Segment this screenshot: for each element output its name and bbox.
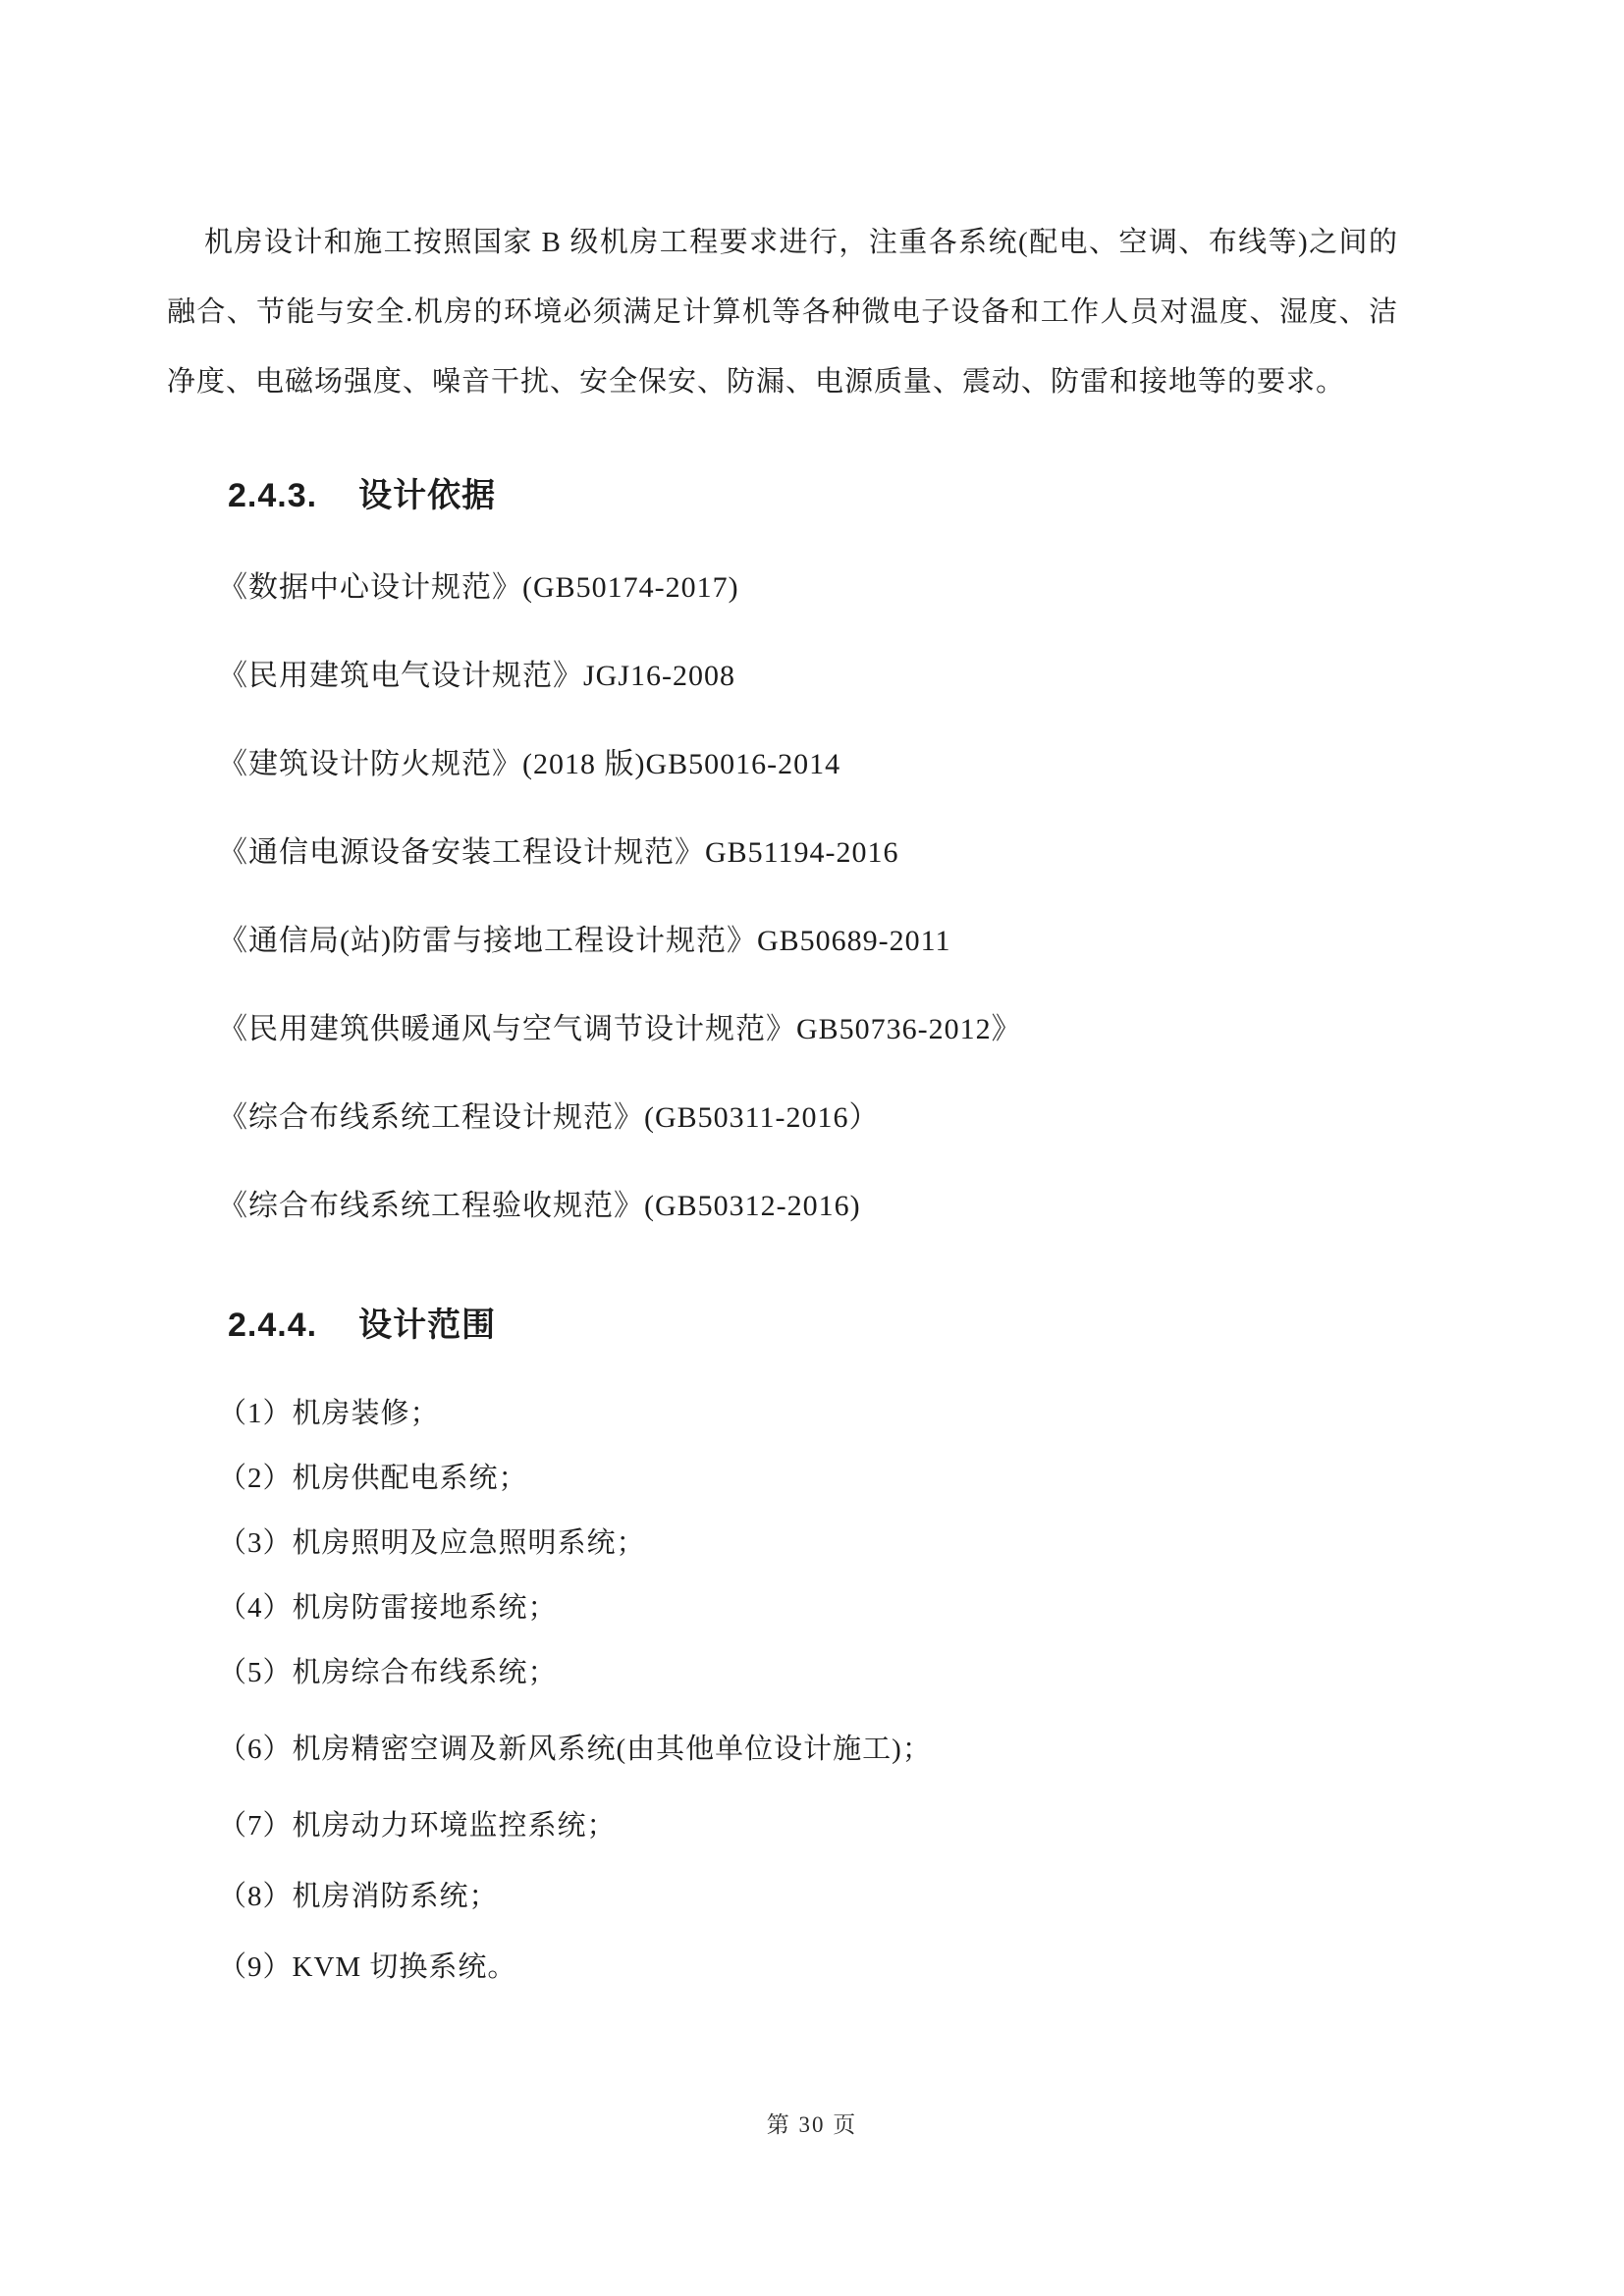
item-text: 机房防雷接地系统； [293, 1591, 558, 1625]
item-text: 机房装修； [293, 1397, 440, 1430]
reference-item: 《通信局(站)防雷与接地工程设计规范》GB50689-2011 [218, 925, 1398, 958]
item-number: （5） [218, 1656, 293, 1689]
item-number: （9） [218, 1950, 293, 1984]
item-number: （3） [218, 1526, 293, 1560]
scope-list: （1） 机房装修； （2） 机房供配电系统； （3） 机房照明及应急照明系统； … [167, 1397, 1398, 1984]
page-content: 机房设计和施工按照国家 B 级机房工程要求进行，注重各系统(配电、空调、布线等)… [167, 208, 1398, 2015]
item-number: （4） [218, 1591, 293, 1625]
list-item: （5） 机房综合布线系统； [218, 1656, 1398, 1689]
list-item: （2） 机房供配电系统； [218, 1462, 1398, 1495]
item-text: 机房精密空调及新风系统(由其他单位设计施工)； [293, 1733, 932, 1766]
document-page: 机房设计和施工按照国家 B 级机房工程要求进行，注重各系统(配电、空调、布线等)… [0, 0, 1624, 2296]
section-heading-design-scope: 2.4.4. 设计范围 [228, 1298, 1398, 1346]
item-text: 机房照明及应急照明系统； [293, 1526, 646, 1560]
reference-item: 《建筑设计防火规范》(2018 版)GB50016-2014 [218, 748, 1398, 781]
item-text: 机房动力环境监控系统； [293, 1809, 617, 1842]
item-text: 机房供配电系统； [293, 1462, 528, 1495]
item-text: 机房消防系统； [293, 1880, 499, 1913]
reference-item: 《民用建筑电气设计规范》JGJ16-2008 [218, 660, 1398, 693]
list-item: （4） 机房防雷接地系统； [218, 1591, 1398, 1625]
item-number: （1） [218, 1397, 293, 1430]
list-item: （1） 机房装修； [218, 1397, 1398, 1430]
section-number: 2.4.4. [228, 1307, 317, 1345]
page-number: 第 30 页 [0, 2107, 1624, 2139]
item-number: （6） [218, 1733, 293, 1766]
reference-item: 《数据中心设计规范》(GB50174-2017) [218, 571, 1398, 605]
list-item: （3） 机房照明及应急照明系统； [218, 1526, 1398, 1560]
item-text: 机房综合布线系统； [293, 1656, 558, 1689]
reference-list: 《数据中心设计规范》(GB50174-2017) 《民用建筑电气设计规范》JGJ… [167, 571, 1398, 1223]
list-item: （7） 机房动力环境监控系统； [218, 1809, 1398, 1842]
section-heading-design-basis: 2.4.3. 设计依据 [228, 468, 1398, 516]
reference-item: 《民用建筑供暖通风与空气调节设计规范》GB50736-2012》 [218, 1013, 1398, 1046]
reference-item: 《综合布线系统工程验收规范》(GB50312-2016) [218, 1190, 1398, 1223]
list-item: （8） 机房消防系统； [218, 1880, 1398, 1913]
item-number: （7） [218, 1809, 293, 1842]
reference-item: 《综合布线系统工程设计规范》(GB50311-2016） [218, 1101, 1398, 1135]
list-item: （6） 机房精密空调及新风系统(由其他单位设计施工)； [218, 1733, 1398, 1766]
section-title: 设计依据 [358, 468, 496, 516]
list-item: （9） KVM 切换系统。 [218, 1950, 1398, 1984]
section-title: 设计范围 [358, 1298, 496, 1346]
item-number: （2） [218, 1462, 293, 1495]
item-text: KVM 切换系统。 [293, 1950, 517, 1984]
section-number: 2.4.3. [228, 477, 317, 515]
item-number: （8） [218, 1880, 293, 1913]
reference-item: 《通信电源设备安装工程设计规范》GB51194-2016 [218, 836, 1398, 870]
intro-paragraph: 机房设计和施工按照国家 B 级机房工程要求进行，注重各系统(配电、空调、布线等)… [167, 208, 1398, 417]
